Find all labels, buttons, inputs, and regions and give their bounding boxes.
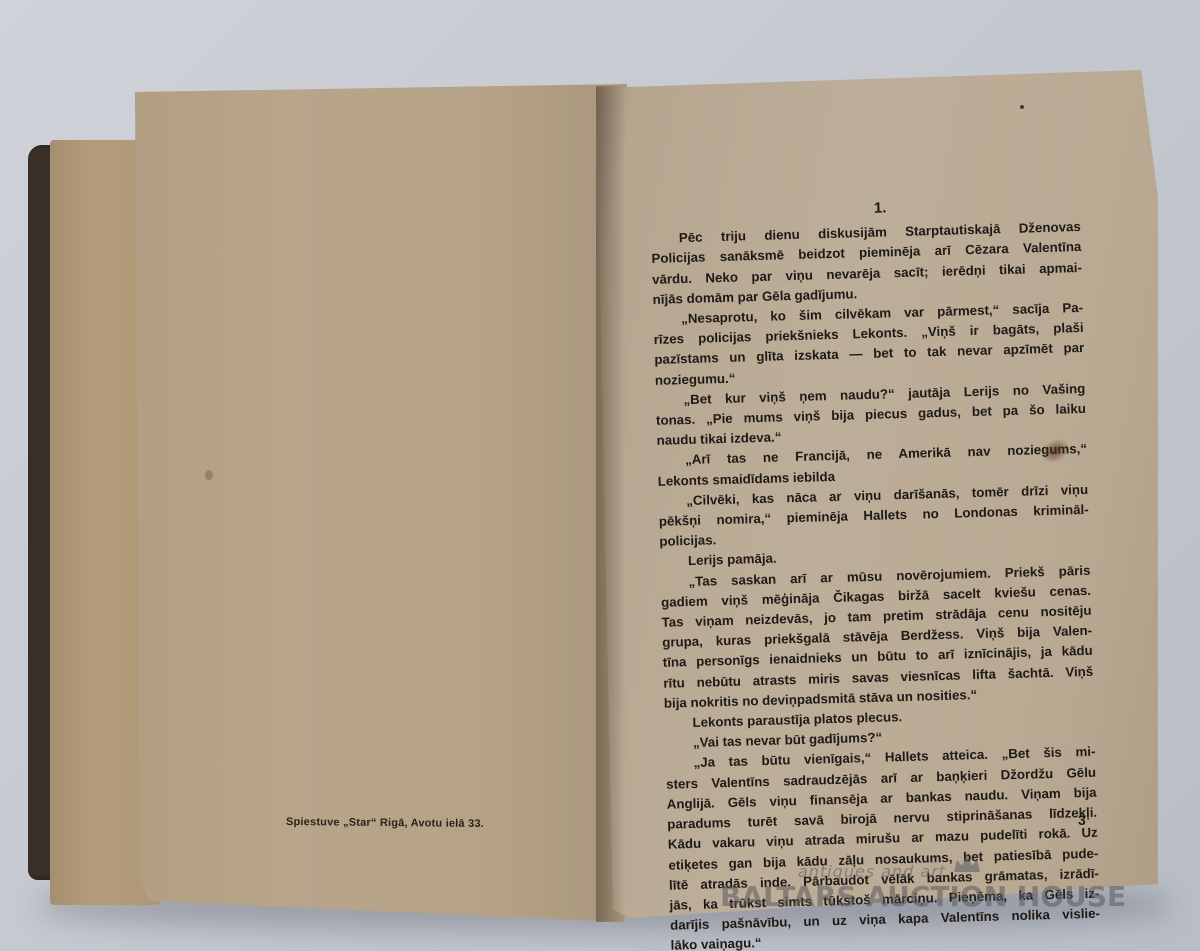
chapter-text: 1. Pēc triju dienu diskusijām Starptauti… (650, 193, 1101, 951)
page-number: 3 (1078, 812, 1086, 828)
watermark-tagline: antiques and art (798, 862, 946, 881)
watermark-name: BALTARS AUCTION HOUSE (720, 880, 1126, 913)
text-lines: Pēc triju dienu diskusijām Starptautiska… (651, 217, 1101, 951)
paper-spot (1020, 105, 1024, 109)
paper-spot (205, 470, 213, 480)
left-page (135, 84, 627, 922)
printer-imprint: Spiestuve „Star“ Rigā, Avotu ielā 33. (286, 816, 484, 830)
page-gutter (596, 86, 626, 922)
crown-icon (952, 854, 982, 874)
photo-scene: Spiestuve „Star“ Rigā, Avotu ielā 33. 1.… (0, 0, 1200, 951)
